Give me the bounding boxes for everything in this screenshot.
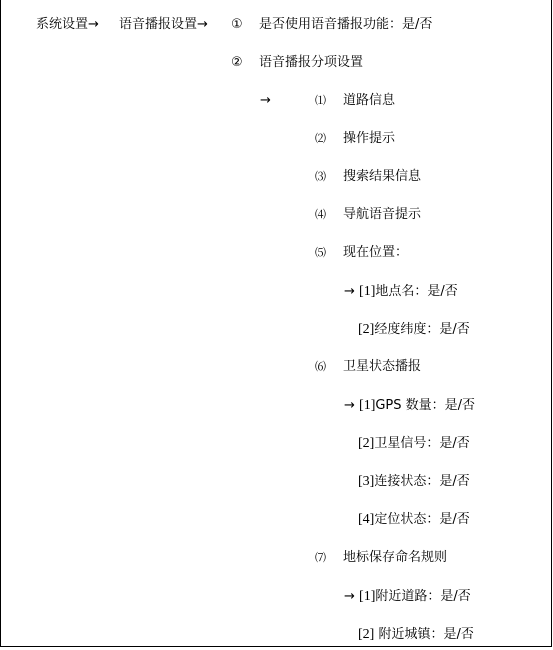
top-item-marker-2: ② (231, 55, 243, 71)
sub-item-road-info: 道路信息 (343, 93, 395, 109)
top-item-voice-subsettings: 语音播报分项设置 (259, 55, 363, 71)
sub-item-operation-tips: 操作提示 (343, 131, 395, 147)
breadcrumb-voice: 语音播报设置→ (119, 17, 208, 33)
option-lat-long: [2]经度纬度：是/否 (358, 322, 470, 338)
arrow-right-icon: → (344, 284, 359, 299)
sub-item-marker-7: ⑺ (315, 550, 326, 566)
breadcrumb: 系统设置→ (36, 17, 99, 33)
arrow-right-icon: → (197, 17, 208, 32)
sub-item-marker-6: ⑹ (315, 359, 326, 375)
sub-item-marker-1: ⑴ (315, 93, 326, 109)
breadcrumb-voice-settings: 语音播报设置 (119, 17, 197, 32)
sub-item-satellite-status: 卫星状态播报 (343, 359, 421, 375)
sub-item-nav-voice: 导航语音提示 (343, 207, 421, 223)
option-gps-count: → [1]GPS 数量：是/否 (344, 398, 475, 414)
sub-item-marker-4: ⑷ (315, 207, 326, 223)
arrow-right-icon: → (260, 93, 271, 109)
sub-item-search-results: 搜索结果信息 (343, 169, 421, 185)
top-item-marker-1: ① (231, 17, 243, 33)
option-connection-status: [3]连接状态：是/否 (358, 474, 470, 490)
option-positioning-status: [4]定位状态：是/否 (358, 512, 470, 528)
option-nearby-town: [2] 附近城镇：是/否 (358, 627, 474, 643)
top-item-enable-voice: 是否使用语音播报功能：是/否 (259, 17, 432, 33)
arrow-right-icon: → (344, 589, 359, 604)
arrow-right-icon: → (344, 398, 359, 413)
sub-item-marker-3: ⑶ (315, 169, 326, 185)
sub-item-current-position: 现在位置： (343, 245, 408, 261)
option-nearby-road: → [1]附近道路：是/否 (344, 589, 471, 605)
option-satellite-signal: [2]卫星信号：是/否 (358, 436, 470, 452)
sub-item-marker-2: ⑵ (315, 131, 326, 147)
sub-item-landmark-naming: 地标保存命名规则 (343, 550, 447, 566)
option-place-name: → [1]地点名：是/否 (344, 284, 458, 300)
arrow-right-icon: → (88, 17, 99, 32)
sub-item-marker-5: ⑸ (315, 245, 326, 261)
breadcrumb-system-settings: 系统设置 (36, 17, 88, 32)
